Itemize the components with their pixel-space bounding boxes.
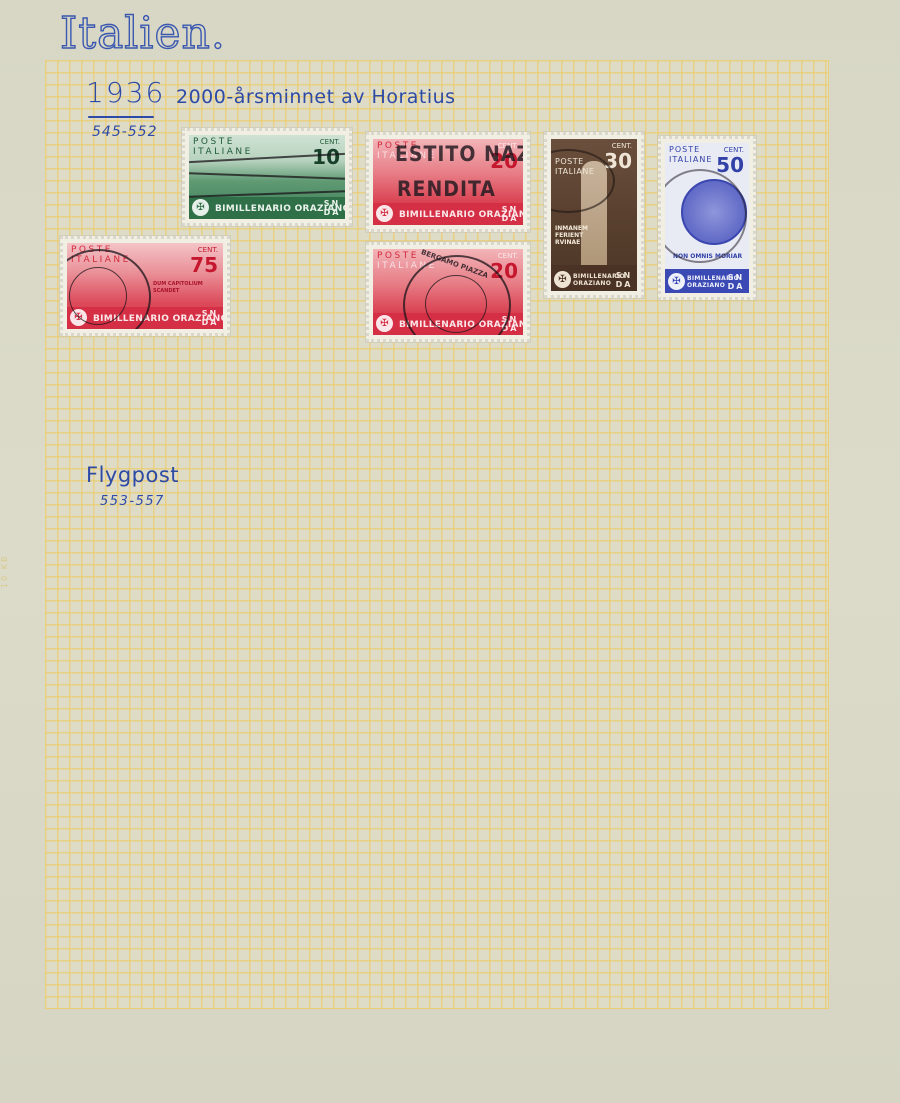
stamp-motto: DUM CAPITOLIUM SCANDET	[153, 281, 203, 295]
stamp-10c-green[interactable]: POSTEITALIANE CENT. 10 ✠ BIMILLENARIO OR…	[182, 128, 352, 226]
airmail-catalog-range: 553-557	[100, 494, 165, 509]
margin-mark: 10 KB	[0, 538, 10, 588]
stamp-band-text: BIMILLENARIO ORAZIANO	[687, 275, 727, 289]
stamp-face: POSTEITALIANE CENT. 30 INMANEM FERIENT R…	[551, 139, 637, 291]
stamp-country: POSTEITALIANE	[193, 137, 253, 157]
airmail-heading: Flygpost	[86, 463, 179, 487]
stamp-face: POSTEITALIANE CENT. 20 ✠ BIMILLENARIO OR…	[373, 249, 523, 335]
crest-icon: ✠	[192, 199, 209, 216]
stamp-30c-brown[interactable]: POSTEITALIANE CENT. 30 INMANEM FERIENT R…	[544, 132, 644, 298]
stamp-value: 10	[312, 145, 340, 169]
stamp-face: POSTEITALIANE CENT. 20 ✠ BIMILLENARIO OR…	[373, 139, 523, 225]
year-underline	[88, 116, 154, 118]
slogan-cancel-line1: ESTITO NAZIO	[395, 142, 523, 166]
stamp-20c-red-postmark[interactable]: POSTEITALIANE CENT. 20 ✠ BIMILLENARIO OR…	[366, 242, 530, 342]
stamp-face: POSTEITALIANE CENT. 75 DUM CAPITOLIUM SC…	[67, 243, 223, 329]
section-year: 1936	[86, 76, 165, 109]
slogan-cancel-line2: RENDITA	[397, 177, 496, 201]
page-title: Italien.	[60, 8, 226, 59]
stamp-band-text: BIMILLENARIO ORAZIANO	[573, 273, 613, 287]
crest-icon: ✠	[376, 205, 393, 222]
stamp-face: POSTEITALIANE CENT. 10 ✠ BIMILLENARIO OR…	[189, 135, 345, 219]
stamp-snda: SN DA	[199, 309, 221, 327]
stamp-20c-red-slogan[interactable]: POSTEITALIANE CENT. 20 ✠ BIMILLENARIO OR…	[366, 132, 530, 232]
section-subtitle: 2000-årsminnet av Horatius	[176, 86, 456, 108]
stamp-snda: SN DA	[613, 271, 635, 289]
crest-icon: ✠	[668, 273, 685, 290]
crest-icon: ✠	[554, 271, 571, 288]
stamp-snda: SN DA	[499, 205, 521, 223]
postmark-inner-circle	[69, 267, 127, 325]
stamp-snda: SN DA	[725, 273, 747, 291]
catalog-range: 545-552	[92, 124, 158, 140]
stamp-country: POSTEITALIANE	[669, 145, 712, 165]
crest-icon: ✠	[376, 315, 393, 332]
stamp-face: POSTEITALIANE CENT. 50 NON OMNIS MORIAR …	[665, 143, 749, 293]
stamp-motto: INMANEM FERIENT RVINAE	[555, 225, 599, 246]
stamp-50c-blue[interactable]: POSTEITALIANE CENT. 50 NON OMNIS MORIAR …	[658, 136, 756, 300]
postmark-inner-circle	[425, 275, 487, 333]
cancel-wavy-line	[189, 172, 345, 179]
postmark-circle	[665, 169, 747, 263]
stamp-75c-red[interactable]: POSTEITALIANE CENT. 75 DUM CAPITOLIUM SC…	[60, 236, 230, 336]
stamp-value: 75	[190, 253, 218, 277]
stamp-snda: SN DA	[321, 199, 343, 217]
